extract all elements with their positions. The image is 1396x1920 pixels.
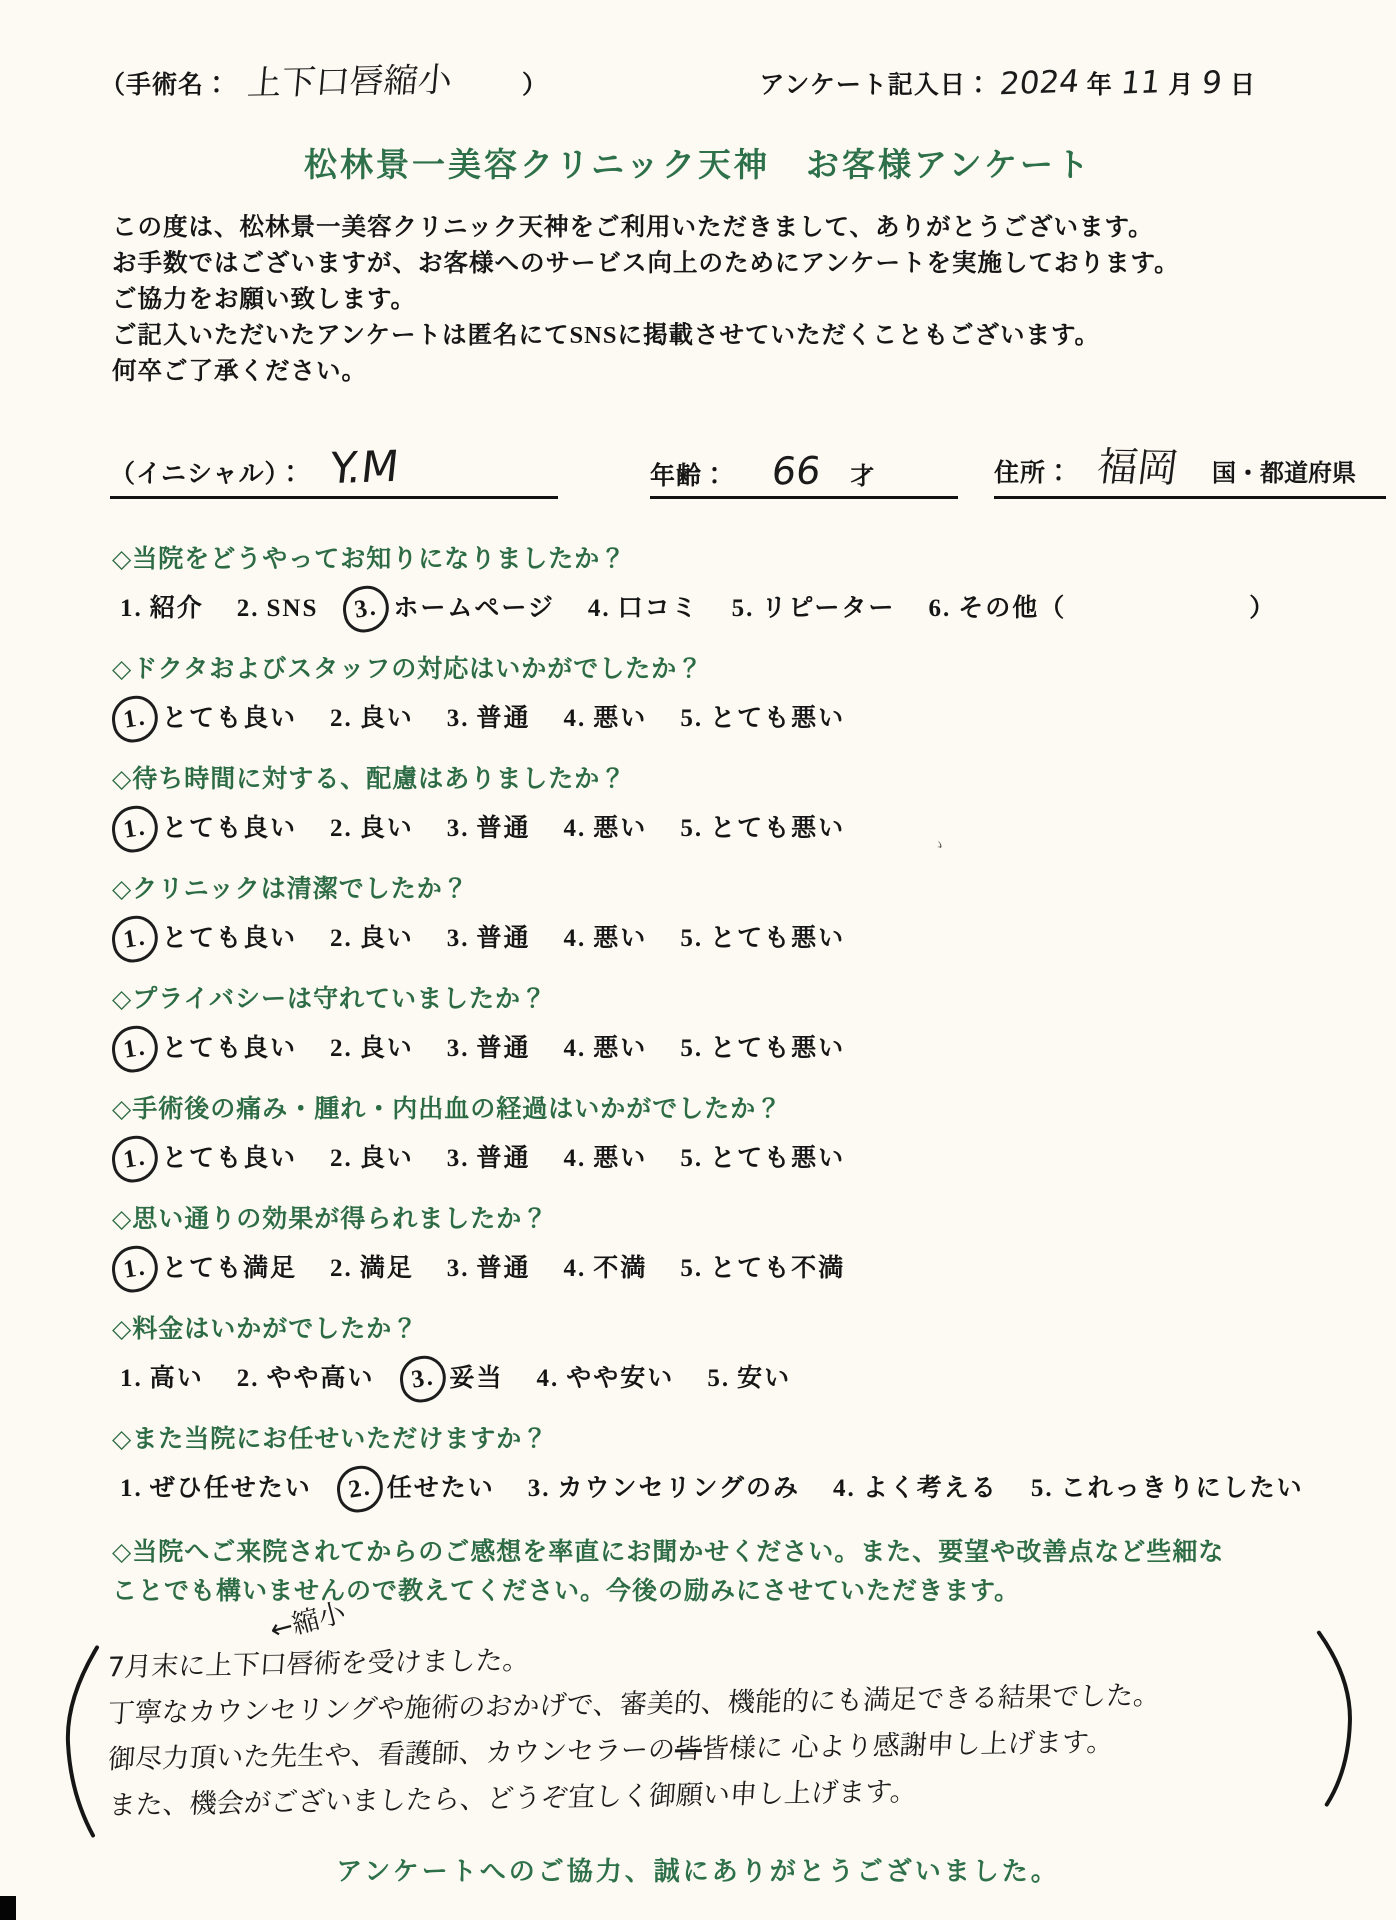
option-label: 妥当 <box>450 1360 504 1398</box>
answer-option[interactable]: 3.ホームページ <box>351 590 555 628</box>
option-label: 良い <box>360 700 414 738</box>
intro-line: ご協力をお願い致します。 <box>112 282 1396 318</box>
answer-option[interactable]: 1.とても良い <box>120 920 297 958</box>
question-heading: ◇クリニックは清潔でしたか？ <box>112 873 1396 907</box>
option-label: とても良い <box>162 810 297 848</box>
address-value-handwritten: 福岡 <box>1095 435 1182 493</box>
selected-option-circle: 3. <box>340 583 393 636</box>
address-label: 住所： <box>994 453 1072 489</box>
selected-option-circle: 1. <box>109 1243 162 1296</box>
initials-field[interactable]: （イニシャル）： Y.M <box>110 443 558 499</box>
option-number: 2. <box>237 1360 260 1398</box>
intro-line: お手数ではございますが、お客様へのサービス向上のためにアンケートを実施しておりま… <box>112 246 1396 282</box>
question-block: ◇クリニックは清潔でしたか？ 1.とても良い2.良い3.普通4.悪い5.とても悪… <box>112 873 1396 958</box>
option-label: 良い <box>360 920 414 958</box>
option-label: 悪い <box>593 920 647 958</box>
year-suffix: 年 <box>1087 65 1113 101</box>
question-block: ◇ドクタおよびスタッフの対応はいかがでしたか？ 1.とても良い2.良い3.普通4… <box>112 653 1396 738</box>
option-label: 紹介 <box>150 590 204 628</box>
answer-option[interactable]: 4.悪い <box>564 700 648 738</box>
question-options: 1.ぜひ任せたい2.任せたい3.カウンセリングのみ4.よく考える5.これっきりに… <box>120 1470 1396 1508</box>
option-number: 5. <box>680 1250 703 1288</box>
answer-option[interactable]: 3.普通 <box>447 810 531 848</box>
intro-line: ご記入いただいたアンケートは匿名にてSNSに掲載させていただくこともございます。 <box>112 318 1396 354</box>
date-day-handwritten: 9 <box>1200 65 1224 102</box>
option-number: 2. <box>330 700 353 738</box>
survey-date-field: アンケート記入日： 2024 年 11 月 9 日 <box>759 65 1256 101</box>
option-number: 1. <box>120 1470 143 1508</box>
option-number: 4. <box>537 1360 560 1398</box>
option-label: 安い <box>737 1360 791 1398</box>
question-heading: ◇手術後の痛み・腫れ・内出血の経過はいかがでしたか？ <box>112 1093 1396 1127</box>
option-number: 3. <box>447 1140 470 1178</box>
option-number: 3. <box>447 1030 470 1068</box>
month-suffix: 月 <box>1168 65 1194 101</box>
answer-option[interactable]: 1.とても良い <box>120 1030 297 1068</box>
answer-option[interactable]: 3.普通 <box>447 920 531 958</box>
answer-option[interactable]: 5.とても悪い <box>680 1030 845 1068</box>
option-label: リピーター <box>761 590 895 628</box>
option-label: 悪い <box>593 1140 647 1178</box>
scan-corner-artifact <box>0 1896 16 1920</box>
option-number: 3. <box>447 1250 470 1288</box>
page-title: 松林景一美容クリニック天神 お客様アンケート <box>0 139 1396 186</box>
answer-option[interactable]: 5.とても悪い <box>680 1140 845 1178</box>
option-label: とても悪い <box>710 920 845 958</box>
option-number: 4. <box>564 1030 587 1068</box>
option-label: 高い <box>150 1360 204 1398</box>
question-options: 1.とても良い2.良い3.普通4.悪い5.とても悪い <box>120 920 1396 958</box>
selected-option-circle: 1. <box>109 693 162 746</box>
answer-option[interactable]: 4.悪い <box>564 810 648 848</box>
surgery-label: （手術名： <box>100 65 230 101</box>
profile-row: （イニシャル）： Y.M 年齢： 66 才 住所： 福岡 国・都道府県 <box>110 436 1396 499</box>
option-label: 普通 <box>477 810 531 848</box>
option-number: 4. <box>564 810 587 848</box>
selected-option-circle: 1. <box>109 913 162 966</box>
option-label: よく考える <box>863 1470 998 1508</box>
answer-option[interactable]: 5.リピーター <box>732 590 896 628</box>
left-bracket-stroke <box>61 1643 105 1839</box>
answer-option[interactable]: 6.その他（ <box>928 590 1066 628</box>
option-label: ホームページ <box>393 590 555 628</box>
initials-value-handwritten: Y.M <box>327 442 401 494</box>
answer-option[interactable]: 1.とても良い <box>120 1140 297 1178</box>
option-number: 3. <box>447 920 470 958</box>
option-number: 5. <box>1031 1470 1054 1508</box>
question-block: ◇料金はいかがでしたか？ 1.高い2.やや高い3.妥当4.やや安い5.安い <box>112 1313 1396 1398</box>
option-label: 良い <box>360 1030 414 1068</box>
question-heading: ◇プライバシーは守れていましたか？ <box>112 983 1396 1017</box>
option-number: 4. <box>564 920 587 958</box>
questions-list: ◇当院をどうやってお知りになりましたか？ 1.紹介2.SNS3.ホームページ4.… <box>112 543 1396 1508</box>
answer-option[interactable]: 3.普通 <box>447 700 531 738</box>
answer-option[interactable]: 2.良い <box>330 1030 414 1068</box>
option-number: 4. <box>564 1140 587 1178</box>
address-field[interactable]: 住所： 福岡 国・都道府県 <box>994 436 1386 499</box>
option-label: 普通 <box>477 1140 531 1178</box>
question-options: 1.とても良い2.良い3.普通4.悪い5.とても悪い <box>120 1140 1396 1178</box>
option-label: 不満 <box>593 1250 647 1288</box>
question-options: 1.とても良い2.良い3.普通4.悪い5.とても悪い <box>120 700 1396 738</box>
day-suffix: 日 <box>1230 65 1256 101</box>
selected-option-circle: 1. <box>109 1133 162 1186</box>
answer-option[interactable]: 5.とても不満 <box>680 1250 845 1288</box>
option-label: とても悪い <box>710 810 845 848</box>
question-options: 1.とても満足2.満足3.普通4.不満5.とても不満 <box>120 1250 1396 1288</box>
option-number: 5. <box>680 1030 703 1068</box>
option-label: 悪い <box>593 810 647 848</box>
option-number: 4. <box>564 700 587 738</box>
question-options: 1.高い2.やや高い3.妥当4.やや安い5.安い <box>120 1360 1396 1398</box>
option-number: 1. <box>120 590 143 628</box>
answer-option[interactable]: 5.とても悪い <box>680 920 845 958</box>
option-label: とても悪い <box>710 1140 845 1178</box>
answer-option[interactable]: 2.満足 <box>330 1250 414 1288</box>
option-label: SNS <box>267 590 319 628</box>
age-field[interactable]: 年齢： 66 才 <box>650 449 958 499</box>
option-label: とても悪い <box>710 700 845 738</box>
answer-option[interactable]: 1.とても満足 <box>120 1250 297 1288</box>
option-label: 普通 <box>477 1030 531 1068</box>
answer-option[interactable]: 1.とても良い <box>120 810 297 848</box>
comment-lines: 7月末に上下口唇術を受けました。 丁寧なカウンセリングや施術のおかげで、審美的、… <box>107 1630 1363 1829</box>
option-label: 悪い <box>593 1030 647 1068</box>
answer-option[interactable]: 2.SNS <box>237 590 319 628</box>
comment-prompt-line: ◇当院へご来院されてからのご感想を率直にお聞かせください。また、要望や改善点など… <box>112 1533 1396 1572</box>
answer-option[interactable]: 3.普通 <box>447 1030 531 1068</box>
answer-option[interactable]: 1.紹介 <box>120 590 204 628</box>
age-label: 年齢： <box>650 456 728 492</box>
option-label: 普通 <box>477 1250 531 1288</box>
survey-page: （手術名： 上下口唇縮小 ） アンケート記入日： 2024 年 11 月 9 日… <box>0 0 1396 1920</box>
answer-option[interactable]: 5.とても悪い <box>680 810 845 848</box>
selected-option-circle: 1. <box>109 1023 162 1076</box>
answer-option[interactable]: 5.これっきりにしたい <box>1031 1470 1304 1508</box>
option-number: 5. <box>680 700 703 738</box>
answer-option[interactable]: 3.妥当 <box>408 1360 504 1398</box>
option-label: とても良い <box>162 920 297 958</box>
answer-option[interactable]: 4.やや安い <box>537 1360 675 1398</box>
answer-option[interactable]: 4.よく考える <box>833 1470 998 1508</box>
question-heading: ◇当院をどうやってお知りになりましたか？ <box>112 543 1396 577</box>
date-year-handwritten: 2024 <box>998 64 1081 103</box>
option-number: 2. <box>330 920 353 958</box>
date-label: アンケート記入日： <box>759 65 992 101</box>
option-number: 2. <box>330 1140 353 1178</box>
option-number: 4. <box>588 590 611 628</box>
question-block: ◇手術後の痛み・腫れ・内出血の経過はいかがでしたか？ 1.とても良い2.良い3.… <box>112 1093 1396 1178</box>
intro-paragraph: この度は、松林景一美容クリニック天神をご利用いただきまして、ありがとうございます… <box>112 210 1396 390</box>
answer-option[interactable]: 1.高い <box>120 1360 204 1398</box>
selected-option-circle: 1. <box>109 803 162 856</box>
option-label: 良い <box>360 1140 414 1178</box>
selected-option-circle: 2. <box>333 1463 386 1516</box>
surgery-value-handwritten: 上下口唇縮小 <box>246 52 455 105</box>
option-number: 4. <box>833 1470 856 1508</box>
surgery-name-field: （手術名： 上下口唇縮小 ） <box>100 54 548 103</box>
question-block: ◇また当院にお任せいただけますか？ 1.ぜひ任せたい2.任せたい3.カウンセリン… <box>112 1423 1396 1508</box>
address-suffix: 国・都道府県 <box>1212 453 1356 488</box>
option-number: 5. <box>732 590 755 628</box>
surgery-close-paren: ） <box>522 65 548 101</box>
option-number: 3. <box>528 1470 551 1508</box>
option-label: とても満足 <box>162 1250 297 1288</box>
other-close-paren: ） <box>1249 590 1276 628</box>
option-label: とても良い <box>162 1030 297 1068</box>
question-block: ◇当院をどうやってお知りになりましたか？ 1.紹介2.SNS3.ホームページ4.… <box>112 543 1396 628</box>
selected-option-circle: 3. <box>396 1353 449 1406</box>
option-label: ぜひ任せたい <box>150 1470 312 1508</box>
answer-option[interactable]: 2.良い <box>330 700 414 738</box>
answer-option[interactable]: 4.悪い <box>564 920 648 958</box>
option-label: 口コミ <box>618 590 699 628</box>
intro-line: 何卒ご了承ください。 <box>112 354 1396 390</box>
question-heading: ◇また当院にお任せいただけますか？ <box>112 1423 1396 1457</box>
answer-option[interactable]: 3.普通 <box>447 1250 531 1288</box>
question-block: ◇待ち時間に対する、配慮はありましたか？ 1.とても良い2.良い3.普通4.悪い… <box>112 763 1396 848</box>
question-options: 1.とても良い2.良い3.普通4.悪い5.とても悪い <box>120 1030 1396 1068</box>
header-row: （手術名： 上下口唇縮小 ） アンケート記入日： 2024 年 11 月 9 日 <box>0 0 1396 103</box>
answer-option[interactable]: 1.とても良い <box>120 700 297 738</box>
option-label: 悪い <box>593 700 647 738</box>
intro-line: この度は、松林景一美容クリニック天神をご利用いただきまして、ありがとうございます… <box>112 210 1396 246</box>
age-value-handwritten: 66 <box>769 449 823 494</box>
option-number: 3. <box>447 700 470 738</box>
initials-label: （イニシャル）： <box>110 454 304 490</box>
option-number: 5. <box>680 920 703 958</box>
question-block: ◇プライバシーは守れていましたか？ 1.とても良い2.良い3.普通4.悪い5.と… <box>112 983 1396 1068</box>
question-block: ◇思い通りの効果が得られましたか？ 1.とても満足2.満足3.普通4.不満5.と… <box>112 1203 1396 1288</box>
answer-option[interactable]: 5.安い <box>707 1360 791 1398</box>
option-number: 5. <box>707 1360 730 1398</box>
option-label: やや高い <box>267 1360 375 1398</box>
date-month-handwritten: 11 <box>1119 64 1162 101</box>
answer-option[interactable]: 4.悪い <box>564 1140 648 1178</box>
option-number: 2. <box>237 590 260 628</box>
answer-option[interactable]: 2.任せたい <box>345 1470 495 1508</box>
answer-option[interactable]: 2.やや高い <box>237 1360 375 1398</box>
crossed-out-character: 皆 <box>674 1734 703 1765</box>
option-label: 満足 <box>360 1250 414 1288</box>
handwritten-comment-area[interactable]: ←縮小 7月末に上下口唇術を受けました。 丁寧なカウンセリングや施術のおかげで、… <box>61 1630 1363 1842</box>
answer-option[interactable]: 3.普通 <box>447 1140 531 1178</box>
comment-line-3-pre: 御尽力頂いた先生や、看護師、カウンセラーの <box>107 1734 676 1775</box>
answer-option[interactable]: 4.悪い <box>564 1030 648 1068</box>
option-number: 1. <box>120 1360 143 1398</box>
option-number: 6. <box>928 590 951 628</box>
question-options: 1.とても良い2.良い3.普通4.悪い5.とても悪い <box>120 810 1396 848</box>
option-label: 普通 <box>477 920 531 958</box>
answer-option[interactable]: 4.口コミ <box>588 590 699 628</box>
comment-line-3-post: 皆様に 心より感謝申し上げます。 <box>701 1727 1115 1765</box>
answer-option[interactable]: 3.カウンセリングのみ <box>528 1470 800 1508</box>
question-options: 1.紹介2.SNS3.ホームページ4.口コミ5.リピーター6.その他（） <box>120 590 1396 628</box>
option-label: 任せたい <box>387 1470 495 1508</box>
option-number: 5. <box>680 1140 703 1178</box>
option-label: その他（ <box>958 590 1066 628</box>
option-label: とても良い <box>162 1140 297 1178</box>
option-number: 5. <box>680 810 703 848</box>
option-label: カウンセリングのみ <box>558 1470 801 1508</box>
question-heading: ◇待ち時間に対する、配慮はありましたか？ <box>112 763 1396 797</box>
option-label: 良い <box>360 810 414 848</box>
answer-option[interactable]: 5.とても悪い <box>680 700 845 738</box>
option-label: とても良い <box>162 700 297 738</box>
question-heading: ◇思い通りの効果が得られましたか？ <box>112 1203 1396 1237</box>
option-label: とても悪い <box>710 1030 845 1068</box>
option-label: これっきりにしたい <box>1061 1470 1304 1508</box>
option-number: 2. <box>330 1250 353 1288</box>
answer-option[interactable]: 2.良い <box>330 1140 414 1178</box>
thanks-message: アンケートへのご協力、誠にありがとうございました。 <box>0 1851 1396 1888</box>
age-suffix: 才 <box>850 456 874 491</box>
option-number: 4. <box>564 1250 587 1288</box>
question-heading: ◇料金はいかがでしたか？ <box>112 1313 1396 1347</box>
option-label: 普通 <box>477 700 531 738</box>
answer-option[interactable]: 2.良い <box>330 920 414 958</box>
answer-option[interactable]: 1.ぜひ任せたい <box>120 1470 312 1508</box>
option-label: やや安い <box>566 1360 674 1398</box>
answer-option[interactable]: 2.良い <box>330 810 414 848</box>
option-label: とても不満 <box>710 1250 845 1288</box>
option-number: 3. <box>447 810 470 848</box>
option-number: 2. <box>330 1030 353 1068</box>
question-heading: ◇ドクタおよびスタッフの対応はいかがでしたか？ <box>112 653 1396 687</box>
answer-option[interactable]: 4.不満 <box>564 1250 648 1288</box>
option-number: 2. <box>330 810 353 848</box>
